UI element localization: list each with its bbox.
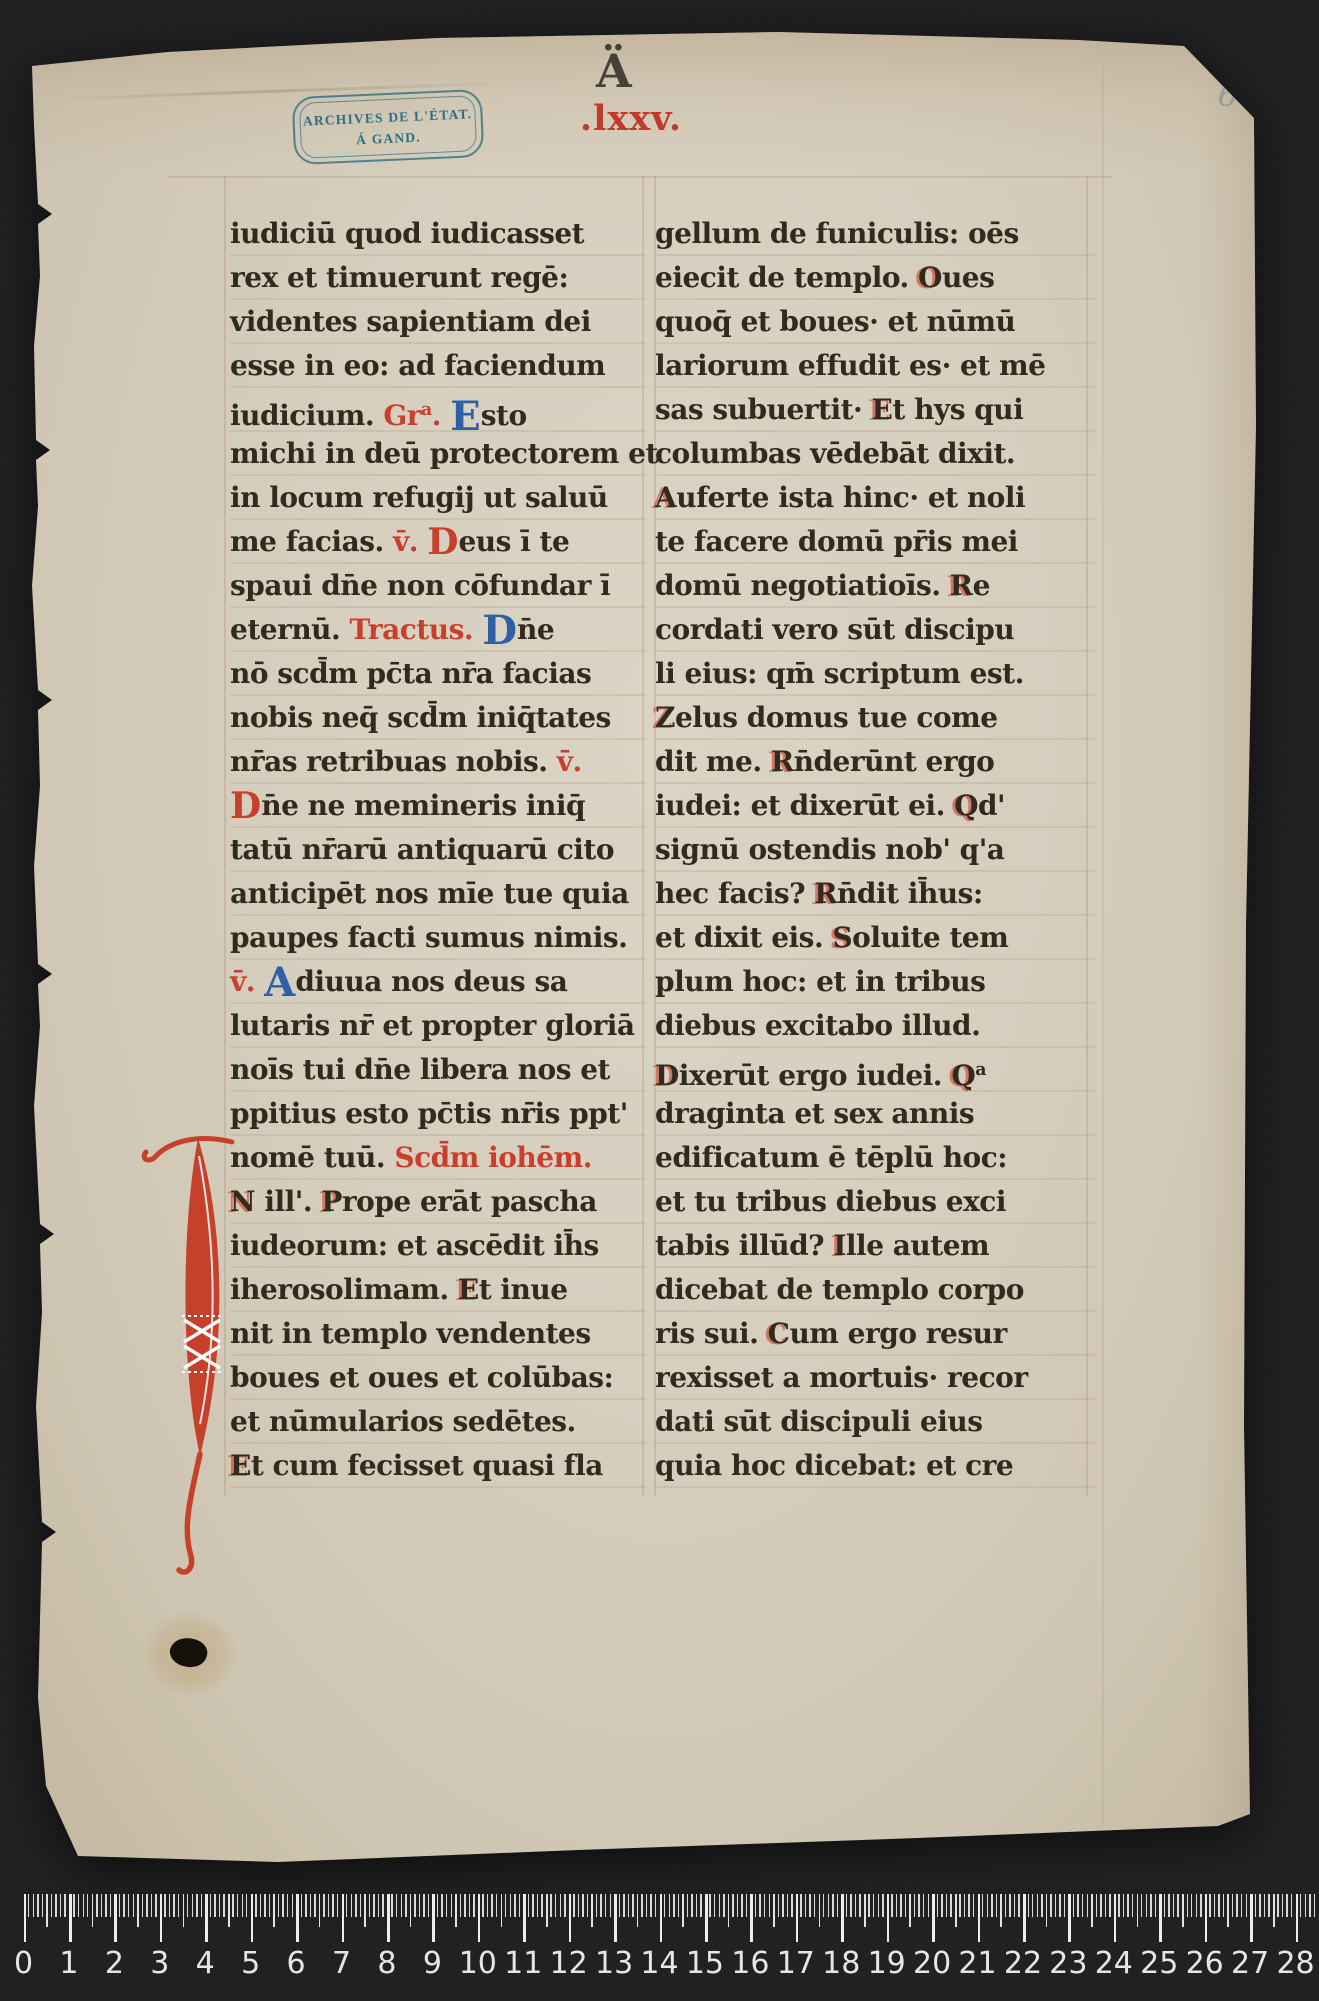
ruler-tick [123, 1894, 124, 1917]
ruler-tick [396, 1894, 397, 1917]
text-segment: R [771, 745, 794, 778]
ruler-tick [164, 1894, 165, 1917]
ruler-tick [514, 1894, 515, 1917]
text-line: nit in templo vendentes [230, 1312, 646, 1356]
ruler-tick [110, 1894, 111, 1917]
ruler-tick [541, 1894, 542, 1917]
text-segment: D [427, 521, 458, 563]
ruler-tick [778, 1894, 779, 1917]
ruler-label: 25 [1140, 1946, 1178, 1981]
text-line: et dixit eis. Soluite tem [655, 916, 1095, 960]
text-segment: elus domus tue come [675, 701, 998, 734]
folio-numeral-rubric: .lxxv. [566, 98, 696, 139]
text-segment: E [872, 393, 893, 426]
text-line: esse in eo: ad faciendum [230, 344, 646, 388]
ruler-tick [1132, 1894, 1133, 1917]
ruler-tick [146, 1894, 147, 1917]
ruler-tick [991, 1894, 992, 1917]
text-line: tatū nr̄arū antiquarū cito [230, 828, 646, 872]
ruler-label: 0 [14, 1946, 33, 1981]
ruler-tick [405, 1894, 406, 1917]
ruler-label: 6 [287, 1946, 306, 1981]
ruler-tick [1205, 1894, 1208, 1942]
text-line: quia hoc dicebat: et cre [655, 1444, 1095, 1488]
ruler-tick [573, 1894, 574, 1917]
text-segment: eus ī te [458, 525, 569, 558]
text-segment: n̄dit ih̄us: [837, 877, 983, 910]
text-segment: iherosolimam. [230, 1273, 458, 1306]
text-segment: t hys qui [892, 393, 1023, 426]
ruler-tick [696, 1894, 697, 1917]
ruler-tick [805, 1894, 806, 1917]
text-segment: draginta et sex annis [655, 1097, 974, 1130]
ruler-tick [591, 1894, 593, 1927]
ruler-tick [237, 1894, 238, 1917]
text-segment: quoq̄ et boues· et nūmū [655, 305, 1015, 338]
text-segment: a [975, 1060, 986, 1080]
ruler-tick [973, 1894, 974, 1917]
text-segment: in locum refugij ut saluū [230, 481, 608, 514]
ruler-tick [1250, 1894, 1253, 1942]
ruler-tick [578, 1894, 579, 1917]
ruler-tick [101, 1894, 102, 1917]
ruler-tick [169, 1894, 170, 1917]
text-line: Et cum fecisset quasi fla [230, 1444, 646, 1488]
text-segment: nomē tuū. [230, 1141, 394, 1174]
ruler-tick [92, 1894, 94, 1927]
text-line: ris sui. Cum ergo resur [655, 1312, 1095, 1356]
decorated-initial-I [136, 1124, 246, 1589]
text-line: edificatum ē tēplū hoc: [655, 1136, 1095, 1180]
ruler-tick [841, 1894, 844, 1942]
text-segment: . [432, 399, 451, 432]
ruler-tick [69, 1894, 72, 1942]
text-segment: diuua nos deus sa [295, 965, 567, 998]
ruler-tick [78, 1894, 79, 1917]
ruler-tick [260, 1894, 261, 1917]
ruler-tick [410, 1894, 412, 1927]
ruler-tick [1005, 1894, 1006, 1917]
ruler-tick [596, 1894, 597, 1917]
ruler-tick [1114, 1894, 1117, 1942]
ruler-tick [705, 1894, 708, 1942]
ruler-tick [850, 1894, 851, 1917]
text-column-left: iudiciū quod iudicassetrex et timuerunt … [230, 212, 646, 1488]
ruler-tick [773, 1894, 775, 1927]
ruler-tick [1177, 1894, 1178, 1917]
ruler-tick [632, 1894, 633, 1917]
ruler-tick [242, 1894, 243, 1917]
ruler-tick [687, 1894, 688, 1917]
text-line: Zelus domus tue come [655, 696, 1095, 740]
text-line: columbas vēdebāt dixit. [655, 432, 1095, 476]
ruler-tick [1282, 1894, 1283, 1917]
ruler-tick [1000, 1894, 1002, 1927]
ruler-tick [691, 1894, 692, 1917]
ruler-tick [1296, 1894, 1299, 1942]
ruler-tick [455, 1894, 457, 1927]
text-segment: P [321, 1185, 342, 1218]
ruler-label: 9 [423, 1946, 442, 1981]
ruler-tick [414, 1894, 415, 1917]
ruler-tick [1050, 1894, 1051, 1917]
text-segment: tabis illūd? [655, 1229, 833, 1262]
ruler-tick [623, 1894, 624, 1917]
ruler-tick [105, 1894, 106, 1917]
text-segment: dati sūt discipuli eius [655, 1405, 983, 1438]
ruler-tick [1209, 1894, 1210, 1917]
ruler-tick [1196, 1894, 1197, 1917]
text-line: iudeorum: et ascēdit ih̄s [230, 1224, 646, 1268]
ruler-tick [750, 1894, 753, 1942]
ruler-tick [446, 1894, 447, 1917]
ruler-tick [1037, 1894, 1038, 1917]
text-line: michi in deū protectorem et [230, 432, 646, 476]
text-segment: spaui dn̄e non cōfundar ī [230, 569, 610, 602]
text-segment: diebus excitabo illud. [655, 1009, 980, 1042]
text-segment: D [482, 607, 517, 654]
text-segment: uferte ista hinc· et noli [676, 481, 1025, 514]
ruler-tick [678, 1894, 679, 1917]
ruler-tick [782, 1894, 783, 1917]
text-segment: ues [942, 261, 994, 294]
text-segment: gellum de funiculis: oēs [655, 217, 1019, 250]
ruler-tick [278, 1894, 279, 1917]
text-segment: t cum fecisset quasi fla [251, 1449, 603, 1482]
ruler-tick [923, 1894, 924, 1917]
ruler-tick [1223, 1894, 1224, 1917]
ruler-tick [759, 1894, 760, 1917]
text-line: lariorum effudit es· et mē [655, 344, 1095, 388]
ruler-label: 13 [595, 1946, 633, 1981]
ruler-tick [719, 1894, 720, 1917]
text-segment: plum hoc: et in tribus [655, 965, 985, 998]
ruler-tick [328, 1894, 329, 1917]
ruler-label: 27 [1231, 1946, 1269, 1981]
text-segment: edificatum ē tēplū hoc: [655, 1141, 1007, 1174]
ruler-tick [737, 1894, 738, 1917]
quire-signature-letter: Ä [596, 44, 632, 98]
ruler-label: 17 [777, 1946, 815, 1981]
text-line: boues et oues et colūbas: [230, 1356, 646, 1400]
ruler-tick [682, 1894, 684, 1927]
ruler-tick [582, 1894, 583, 1917]
ruler-tick [655, 1894, 656, 1917]
ruler-tick [178, 1894, 179, 1917]
ruler-tick [1187, 1894, 1188, 1917]
text-segment: n̄e ne memineris iniq̄ [261, 789, 585, 822]
text-segment: sto [481, 399, 527, 432]
ruler-tick [837, 1894, 838, 1917]
ruler-tick [310, 1894, 311, 1917]
ruler-tick [264, 1894, 265, 1917]
text-segment: ill'. [255, 1185, 321, 1218]
ruler-tick [905, 1894, 906, 1917]
text-segment: esse in eo: ad faciendum [230, 349, 605, 382]
text-line: noīs tui dn̄e libera nos et [230, 1048, 646, 1092]
text-segment: Q [951, 1059, 975, 1092]
ruler-tick [1082, 1894, 1083, 1917]
ruler-tick [391, 1894, 392, 1917]
ruler-tick [196, 1894, 197, 1917]
ruler-tick [537, 1894, 538, 1917]
ruler-tick [996, 1894, 997, 1917]
ruler-tick [83, 1894, 84, 1917]
text-segment: D [655, 1059, 679, 1092]
ruler-tick [546, 1894, 548, 1927]
ruler-tick [314, 1894, 315, 1917]
ruler-tick [1277, 1894, 1278, 1917]
text-segment: v̄. [393, 525, 427, 558]
ruler-tick [332, 1894, 333, 1917]
ruler-tick [441, 1894, 442, 1917]
ruler-tick [1286, 1894, 1287, 1917]
text-line: lutaris nr̄ et propter gloriā [230, 1004, 646, 1048]
text-segment: I [833, 1229, 846, 1262]
ruler-tick [864, 1894, 866, 1927]
text-line: li eius: qm̄ scriptum est. [655, 652, 1095, 696]
ruler-tick [1241, 1894, 1242, 1917]
ruler-tick [1191, 1894, 1192, 1917]
text-segment: paupes facti sumus nimis. [230, 921, 627, 954]
ruler-tick [142, 1894, 143, 1917]
ruler-tick [1164, 1894, 1165, 1917]
text-line: et tu tribus diebus exci [655, 1180, 1095, 1224]
ruler-tick [478, 1894, 481, 1942]
text-segment: e [973, 569, 990, 602]
ruler-tick [473, 1894, 474, 1917]
text-segment: nit in templo vendentes [230, 1317, 591, 1350]
ruler-tick [896, 1894, 897, 1917]
ruler-label: 16 [731, 1946, 769, 1981]
text-segment: ppitius esto pc̄tis nr̄is ppt' [230, 1097, 628, 1130]
ruler-tick [928, 1894, 929, 1917]
text-segment: rex et timuerunt regē: [230, 261, 568, 294]
ruler-tick [183, 1894, 185, 1927]
ruler-tick [641, 1894, 642, 1917]
ruler-tick [828, 1894, 829, 1917]
text-segment: dicebat de templo corpo [655, 1273, 1024, 1306]
ruler-tick [1046, 1894, 1048, 1927]
ruler-tick [941, 1894, 942, 1917]
ruler-tick [959, 1894, 960, 1917]
ruler-tick [1236, 1894, 1237, 1917]
ruler-tick [982, 1894, 983, 1917]
ruler-tick [251, 1894, 254, 1942]
ruler-tick [119, 1894, 120, 1917]
ruler-tick [133, 1894, 134, 1917]
ruler-tick [868, 1894, 869, 1917]
text-segment: sas subuertit· [655, 393, 872, 426]
ruler-tick [219, 1894, 220, 1917]
ruler-tick [1091, 1894, 1093, 1927]
ruler-label: 14 [640, 1946, 678, 1981]
text-segment: R [950, 569, 973, 602]
ruler-tick [1300, 1894, 1301, 1917]
ruler-tick [741, 1894, 742, 1917]
ruler-tick [900, 1894, 901, 1917]
ruler-tick [1118, 1894, 1119, 1917]
text-segment: ris sui. [655, 1317, 768, 1350]
ruler-tick [1155, 1894, 1156, 1917]
ruler-tick [1273, 1894, 1275, 1927]
ruler-tick [1028, 1894, 1029, 1917]
ruler-tick [192, 1894, 193, 1917]
ruler-tick [1077, 1894, 1078, 1917]
ruler-tick [423, 1894, 424, 1917]
text-segment: Z [655, 701, 675, 734]
ruler-label: 28 [1276, 1946, 1314, 1981]
ruler-tick [428, 1894, 429, 1917]
ruler-tick [1159, 1894, 1162, 1942]
text-segment: me facias. [230, 525, 393, 558]
text-segment: lutaris nr̄ et propter gloriā [230, 1009, 635, 1042]
ruler-label: 7 [332, 1946, 351, 1981]
text-line: diebus excitabo illud. [655, 1004, 1095, 1048]
ruler-tick [273, 1894, 275, 1927]
text-segment: A [264, 959, 295, 1006]
ruler-label: 26 [1186, 1946, 1224, 1981]
text-segment: Tractus. [350, 613, 483, 646]
ruler-tick [24, 1894, 27, 1942]
ruler-tick [532, 1894, 533, 1917]
ruler-tick [891, 1894, 892, 1917]
ruler-tick [351, 1894, 352, 1917]
text-segment: v̄. [557, 745, 582, 778]
ruler-tick [964, 1894, 965, 1917]
text-segment: Gr [383, 399, 421, 432]
ruler-tick [564, 1894, 565, 1917]
text-line: cordati vero sūt discipu [655, 608, 1095, 652]
text-segment: Q [954, 789, 978, 822]
text-segment: iudeorum: et ascēdit ih̄s [230, 1229, 599, 1262]
text-line: sas subuertit· Et hys qui [655, 388, 1095, 432]
ruler-tick [614, 1894, 617, 1942]
ruler-tick [859, 1894, 860, 1917]
ruler-tick [501, 1894, 503, 1927]
ruler-label: 24 [1095, 1946, 1133, 1981]
text-segment: eiecit de templo. [655, 261, 918, 294]
text-segment: um ergo resur [789, 1317, 1006, 1350]
ruler-tick [528, 1894, 529, 1917]
ruler-tick [637, 1894, 639, 1927]
text-line: nobis neq̄ scd̄m iniq̄tates [230, 696, 646, 740]
ruler-tick [1109, 1894, 1110, 1917]
ruler-tick [1309, 1894, 1310, 1917]
archive-stamp: ARCHIVES DE L'ÉTAT. Á GAND. [292, 89, 485, 165]
text-segment: boues et oues et colūbas: [230, 1361, 613, 1394]
text-segment: iudiciū quod iudicasset [230, 217, 584, 250]
ruler-tick [114, 1894, 117, 1942]
text-line: rexisset a mortuis· recor [655, 1356, 1095, 1400]
ruler-tick [51, 1894, 52, 1917]
ruler-tick [1218, 1894, 1219, 1917]
ruler-tick [660, 1894, 663, 1942]
ruler-tick [1168, 1894, 1169, 1917]
ruler-tick [28, 1894, 29, 1917]
text-line: signū ostendis nob' q'a [655, 828, 1095, 872]
ruler-tick [519, 1894, 520, 1917]
ruler-tick [832, 1894, 833, 1917]
ruler-label: 18 [822, 1946, 860, 1981]
ruler-tick [1146, 1894, 1147, 1917]
ruler-label: 21 [958, 1946, 996, 1981]
ruler-tick [137, 1894, 139, 1927]
text-line: rex et timuerunt regē: [230, 256, 646, 300]
ruler-tick [464, 1894, 465, 1917]
ruler-tick [673, 1894, 674, 1917]
ruler-label: 11 [504, 1946, 542, 1981]
ruler-tick [46, 1894, 48, 1927]
ruling-line-top [168, 176, 1113, 178]
text-segment: n̄derūnt ergo [794, 745, 995, 778]
ruler-tick [1059, 1894, 1060, 1917]
text-segment: et tu tribus diebus exci [655, 1185, 1006, 1218]
ruler-tick [155, 1894, 156, 1917]
ruler-tick [387, 1894, 390, 1942]
ruler-tick [510, 1894, 511, 1917]
ruler-tick [432, 1894, 435, 1942]
ruler-tick [364, 1894, 366, 1927]
ruler-tick [1018, 1894, 1019, 1917]
ruler-tick [878, 1894, 879, 1917]
text-segment: A [655, 481, 676, 514]
ruler-tick [437, 1894, 438, 1917]
ruler-tick [1041, 1894, 1042, 1917]
ruler-tick [560, 1894, 561, 1917]
pencil-folio-number: 6 [1216, 77, 1239, 115]
ruler-tick [937, 1894, 938, 1917]
ruler-tick [600, 1894, 601, 1917]
text-line: Dn̄e ne memineris iniq̄ [230, 784, 646, 828]
ruler-tick [1009, 1894, 1010, 1917]
text-segment: michi in deū protectorem et [230, 437, 658, 470]
ruler-tick [769, 1894, 770, 1917]
text-line: dit me. Rn̄derūnt ergo [655, 740, 1095, 784]
text-line: anticipēt nos mīe tue quia [230, 872, 646, 916]
ruler-tick [1100, 1894, 1101, 1917]
text-line: ppitius esto pc̄tis nr̄is ppt' [230, 1092, 646, 1136]
ruler-tick [210, 1894, 211, 1917]
text-line: gellum de funiculis: oēs [655, 212, 1095, 256]
ruler-tick [1127, 1894, 1128, 1917]
ruler-tick [296, 1894, 299, 1942]
text-segment: te facere domū pr̄is mei [655, 525, 1018, 558]
text-segment: iudicium. [230, 399, 383, 432]
ruler-tick [669, 1894, 670, 1917]
ruler-label: 1 [59, 1946, 78, 1981]
ruler-tick [128, 1894, 129, 1917]
ruler-tick [610, 1894, 611, 1917]
ruler-tick [160, 1894, 163, 1942]
ruler-tick [909, 1894, 911, 1927]
ruler-tick [87, 1894, 88, 1917]
text-line: plum hoc: et in tribus [655, 960, 1095, 1004]
ruler-tick [587, 1894, 588, 1917]
ruler-tick [978, 1894, 981, 1942]
ruler-tick [64, 1894, 65, 1917]
pencil-squiggle-mark [1236, 62, 1282, 84]
ruler-label: 3 [150, 1946, 169, 1981]
text-segment: eternū. [230, 613, 350, 646]
ruler-tick [282, 1894, 283, 1917]
text-segment: oluite tem [852, 921, 1008, 954]
text-line: nomē tuū. Scd̄m iohēm. [230, 1136, 646, 1180]
ruler-label: 15 [686, 1946, 724, 1981]
measurement-ruler: 0123456789101112131415161718192021222324… [0, 1886, 1319, 2001]
ruler-tick [1173, 1894, 1174, 1917]
ruler-tick [814, 1894, 815, 1917]
